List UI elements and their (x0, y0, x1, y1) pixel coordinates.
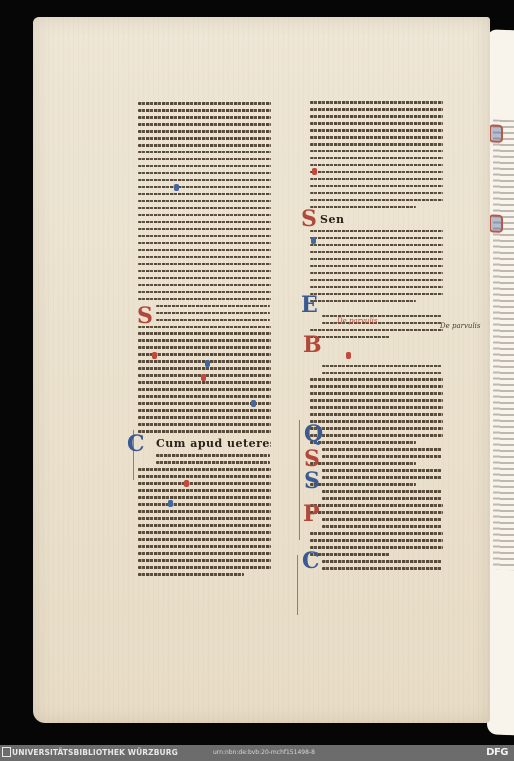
paragraph-mark (346, 352, 351, 359)
paragraph-mark (251, 400, 256, 407)
margin-note: De parvulis (440, 322, 481, 330)
paragraph-mark (152, 352, 157, 359)
initial-letter: S (137, 305, 153, 327)
urn-identifier[interactable]: urn:nbn:de:bvb:20-mchf151498-8 (213, 749, 315, 756)
initial-letter: P (303, 503, 320, 525)
footer-bar: UNIVERSITÄTSBIBLIOTHEK WÜRZBURG urn:nbn:… (0, 745, 514, 761)
library-logo[interactable]: UNIVERSITÄTSBIBLIOTHEK WÜRZBURG (2, 747, 178, 757)
initial-letter: E (301, 294, 318, 316)
initial-letter: Q (304, 423, 323, 445)
next-leaf-text (493, 120, 514, 571)
paragraph-mark (201, 374, 206, 381)
next-leaf-edge (487, 29, 514, 735)
manuscript-viewer[interactable]: Cum apud ueteres S C Sen (0, 0, 514, 745)
next-leaf-initial (489, 124, 503, 142)
paragraph-mark (312, 168, 317, 175)
paragraph-mark (168, 500, 173, 507)
next-leaf-initial (489, 214, 503, 232)
section-heading: Sen (320, 213, 443, 226)
initial-letter: C (127, 433, 145, 455)
paragraph-mark (205, 360, 210, 367)
section-heading: Cum apud ueteres (156, 437, 271, 450)
paragraph-mark (311, 237, 316, 244)
dfg-logo[interactable]: DFG (486, 747, 508, 758)
initial-letter: B (303, 334, 322, 356)
library-name: UNIVERSITÄTSBIBLIOTHEK WÜRZBURG (12, 748, 178, 757)
paragraph-mark (184, 480, 189, 487)
library-logo-icon (2, 747, 11, 757)
right-text-column: Sen (310, 101, 443, 574)
paragraph-mark (174, 184, 179, 191)
initial-letter: S (304, 470, 320, 492)
initial-letter: S (304, 448, 320, 470)
rubric-note: De parvulis (337, 317, 378, 325)
initial-flourish (299, 420, 300, 540)
initial-letter: C (302, 550, 320, 572)
left-text-column: Cum apud ueteres (138, 102, 271, 580)
initial-letter: S (301, 208, 317, 230)
initial-flourish (297, 555, 298, 615)
